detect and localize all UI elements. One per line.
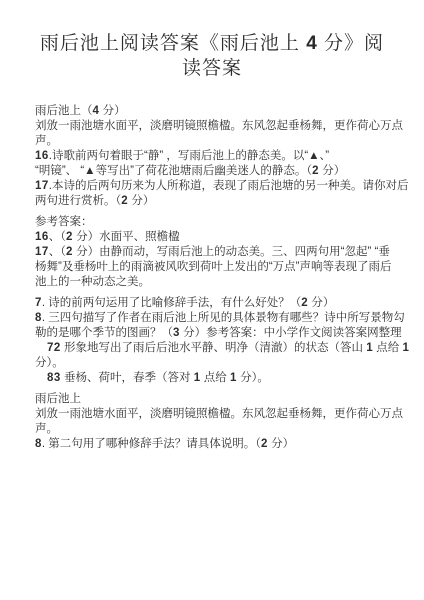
document-page: 雨后池上阅读答案《雨后池上 4 分》阅 读答案 雨后池上（4 分） 刘攽一雨池塘…: [0, 0, 424, 600]
page-title-line-1: 雨后池上阅读答案《雨后池上 4 分》阅: [0, 31, 424, 56]
page-title-line-2: 读答案: [0, 56, 424, 81]
question-16-line-2: “明镜”、 “▲等写出”了荷花池塘雨后幽美迷人的静态。（2 分）: [35, 164, 391, 179]
answer-72-line-2: 分）。: [35, 356, 391, 371]
paragraph-poem-and-questions: 雨后池上（4 分） 刘攽一雨池塘水面平，淡磨明镜照檐楹。东风忽起垂杨舞，更作荷心…: [35, 104, 391, 209]
document-body: 雨后池上（4 分） 刘攽一雨池塘水面平，淡磨明镜照檐楹。东风忽起垂杨舞，更作荷心…: [35, 104, 391, 452]
question-8-line-2: 勒的是哪个季节的图画？（3 分）参考答案：中小学作文阅读答案网整理: [35, 326, 391, 341]
answer-key-heading: 参考答案：: [35, 215, 391, 230]
poem-text-continuation: 声。: [35, 134, 391, 149]
page-title: 雨后池上阅读答案《雨后池上 4 分》阅 读答案: [0, 0, 424, 81]
answer-83-line: 83 垂杨、荷叶，春季（答对 1 点给 1 分）。: [35, 371, 391, 386]
answer-17-line-3: 池上的一种动态之美。: [35, 275, 391, 290]
poem-text-continuation-2: 声。: [35, 422, 391, 437]
poem-text-line-2: 刘攽一雨池塘水面平，淡磨明镜照檐楹。东风忽起垂杨舞，更作荷心万点: [35, 407, 391, 422]
question-8-line-1: 8. 三四句描写了作者在雨后池上所见的具体景物有哪些？诗中所写景物勾: [35, 311, 391, 326]
paragraph-questions-7-8: 7. 诗的前两句运用了比喻修辞手法，有什么好处？（2 分） 8. 三四句描写了作…: [35, 296, 391, 386]
question-7-line: 7. 诗的前两句运用了比喻修辞手法，有什么好处？（2 分）: [35, 296, 391, 311]
poem-header-line: 雨后池上（4 分）: [35, 104, 391, 119]
question-17-line-1: 17.本诗的后两句历来为人所称道，表现了雨后池塘的另一种美。请你对后: [35, 179, 391, 194]
document-content: 雨后池上（4 分） 刘攽一雨池塘水面平，淡磨明镜照檐楹。东风忽起垂杨舞，更作荷心…: [0, 104, 424, 452]
poem-title-line: 雨后池上: [35, 392, 391, 407]
answer-17-line-2: 杨舞”及垂杨叶上的雨滴被风吹到荷叶上发出的“万点”声响等表现了雨后: [35, 260, 391, 275]
paragraph-poem-repeat: 雨后池上 刘攽一雨池塘水面平，淡磨明镜照檐楹。东风忽起垂杨舞，更作荷心万点 声。…: [35, 392, 391, 452]
answer-72-line-1: 72 形象地写出了雨后后池水平静、明净（清澈）的状态（答山 1 点给 1: [35, 341, 391, 356]
answer-16-line: 16、（2 分）水面平、照檐楹: [35, 230, 391, 245]
paragraph-answer-key: 参考答案： 16、（2 分）水面平、照檐楹 17、（2 分）由静而动，写雨后池上…: [35, 215, 391, 290]
poem-text-line: 刘攽一雨池塘水面平，淡磨明镜照檐楹。东风忽起垂杨舞，更作荷心万点: [35, 119, 391, 134]
question-17-line-2: 两句进行赏析。（2 分）: [35, 194, 391, 209]
question-8b-line: 8. 第二句用了哪种修辞手法？请具体说明。（2 分）: [35, 437, 391, 452]
question-16-line-1: 16.诗歌前两句着眼于“静” ，写雨后池上的静态美。以“▲、”: [35, 149, 391, 164]
answer-17-line-1: 17、（2 分）由静而动，写雨后池上的动态美。三、四两句用“忽起” “垂: [35, 245, 391, 260]
